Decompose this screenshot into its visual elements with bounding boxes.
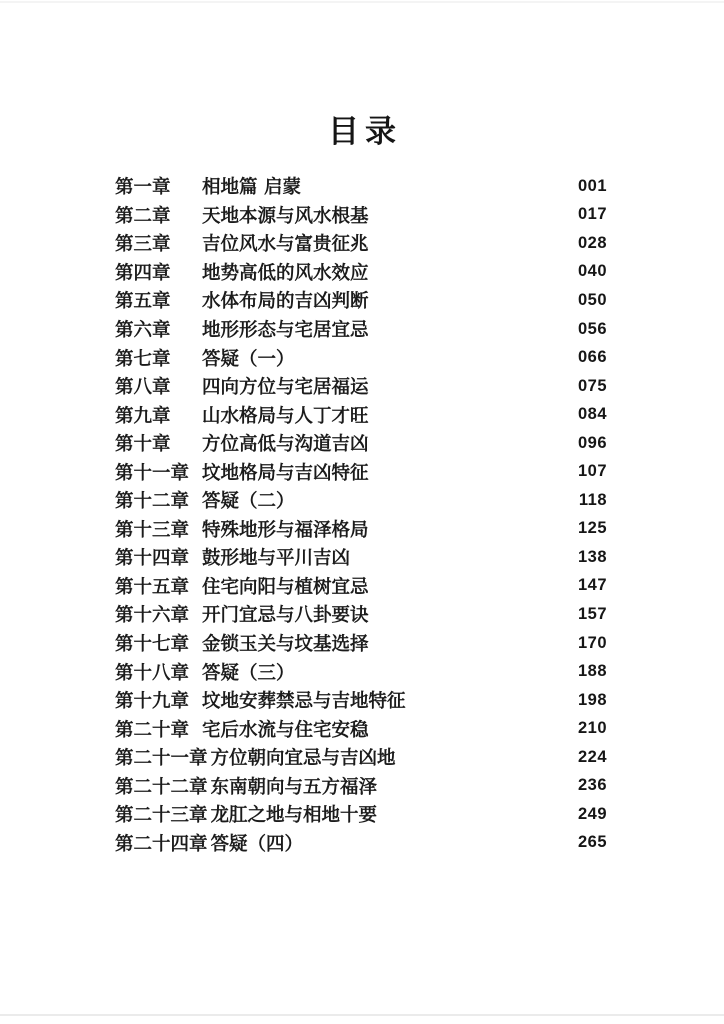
toc-chapter-title: 鼓形地与平川吉凶 [202, 544, 578, 570]
toc-row: 第六章 地形形态与宅居宜忌 056 [115, 315, 607, 344]
toc-page: 目录 第一章 相地篇 启蒙 001 第二章 天地本源与风水根基 017 第三章 … [0, 0, 724, 1024]
toc-chapter-title: 天地本源与风水根基 [202, 202, 578, 228]
toc-chapter-label: 第二十二章 [115, 773, 208, 799]
toc-page-number: 138 [578, 548, 607, 567]
toc-page-number: 118 [579, 491, 607, 510]
toc-chapter-label: 第二章 [115, 202, 199, 228]
toc-chapter-label: 第二十章 [115, 716, 199, 742]
toc-page-number: 210 [578, 719, 607, 738]
toc-row: 第八章 四向方位与宅居福运 075 [115, 372, 607, 401]
toc-chapter-label: 第八章 [115, 373, 199, 399]
toc-chapter-label: 第六章 [115, 316, 199, 342]
toc-page-number: 050 [578, 291, 607, 310]
toc-page-number: 056 [578, 320, 607, 339]
toc-chapter-title: 地形形态与宅居宜忌 [202, 316, 578, 342]
toc-chapter-label: 第五章 [115, 287, 199, 313]
toc-row: 第十三章 特殊地形与福泽格局 125 [115, 515, 607, 544]
toc-chapter-title: 方位朝向宜忌与吉凶地 [211, 744, 578, 770]
toc-row: 第二十一章 方位朝向宜忌与吉凶地 224 [115, 743, 607, 772]
toc-row: 第十八章 答疑（三） 188 [115, 657, 607, 686]
toc-chapter-title: 坟地安葬禁忌与吉地特征 [202, 687, 578, 713]
toc-chapter-label: 第三章 [115, 230, 199, 256]
bottom-edge-scan-line [0, 1014, 724, 1016]
toc-row: 第七章 答疑（一） 066 [115, 343, 607, 372]
toc-chapter-title: 特殊地形与福泽格局 [202, 516, 578, 542]
toc-chapter-title: 方位高低与沟道吉凶 [202, 430, 578, 456]
toc-chapter-label: 第十五章 [115, 573, 199, 599]
toc-page-number: 107 [578, 462, 607, 481]
toc-page-number: 265 [578, 833, 607, 852]
top-edge-scan-line [0, 1, 724, 3]
toc-chapter-title: 住宅向阳与植树宜忌 [202, 573, 578, 599]
toc-row: 第十章 方位高低与沟道吉凶 096 [115, 429, 607, 458]
toc-page-number: 249 [578, 805, 607, 824]
toc-page-number: 188 [578, 662, 607, 681]
toc-row: 第一章 相地篇 启蒙 001 [115, 172, 607, 201]
toc-row: 第九章 山水格局与人丁才旺 084 [115, 400, 607, 429]
toc-chapter-title: 龙肛之地与相地十要 [211, 801, 578, 827]
toc-row: 第十九章 坟地安葬禁忌与吉地特征 198 [115, 686, 607, 715]
toc-chapter-title: 水体布局的吉凶判断 [202, 287, 578, 313]
toc-page-number: 001 [578, 177, 607, 196]
toc-chapter-label: 第十七章 [115, 630, 199, 656]
toc-chapter-title: 坟地格局与吉凶特征 [202, 459, 578, 485]
toc-chapter-title: 吉位风水与富贵征兆 [202, 230, 578, 256]
toc-row: 第二章 天地本源与风水根基 017 [115, 201, 607, 230]
toc-chapter-label: 第十三章 [115, 516, 199, 542]
toc-row: 第十二章 答疑（二） 118 [115, 486, 607, 515]
toc-chapter-label: 第十一章 [115, 459, 199, 485]
toc-row: 第二十三章 龙肛之地与相地十要 249 [115, 800, 607, 829]
toc-row: 第十七章 金锁玉关与坟基选择 170 [115, 629, 607, 658]
toc-chapter-title: 答疑（一） [202, 345, 578, 371]
toc-row: 第二十二章 东南朝向与五方福泽 236 [115, 771, 607, 800]
toc-row: 第十五章 住宅向阳与植树宜忌 147 [115, 572, 607, 601]
toc-chapter-title: 地势高低的风水效应 [202, 259, 578, 285]
toc-chapter-title: 答疑（四） [211, 830, 578, 856]
toc-row: 第二十章 宅后水流与住宅安稳 210 [115, 714, 607, 743]
toc-page-number: 028 [578, 234, 607, 253]
toc-page-number: 017 [578, 205, 607, 224]
toc-page-number: 096 [578, 434, 607, 453]
toc-page-number: 125 [578, 519, 607, 538]
toc-chapter-label: 第二十一章 [115, 744, 208, 770]
toc-chapter-title: 相地篇 启蒙 [202, 173, 578, 199]
toc-page-number: 157 [578, 605, 607, 624]
toc-chapter-title: 宅后水流与住宅安稳 [202, 716, 578, 742]
page-title: 目录 [0, 106, 724, 151]
toc-chapter-label: 第十四章 [115, 544, 199, 570]
toc-chapter-label: 第二十四章 [115, 830, 208, 856]
toc-row: 第十四章 鼓形地与平川吉凶 138 [115, 543, 607, 572]
toc-chapter-label: 第九章 [115, 402, 199, 428]
toc-page-number: 170 [578, 634, 607, 653]
toc-chapter-title: 四向方位与宅居福运 [202, 373, 578, 399]
toc-page-number: 236 [578, 776, 607, 795]
toc-chapter-title: 金锁玉关与坟基选择 [202, 630, 578, 656]
toc-chapter-title: 答疑（二） [202, 487, 579, 513]
toc-chapter-label: 第十章 [115, 430, 199, 456]
toc-row: 第二十四章 答疑（四） 265 [115, 829, 607, 858]
toc-chapter-title: 答疑（三） [202, 659, 578, 685]
toc-chapter-label: 第二十三章 [115, 801, 208, 827]
toc-chapter-label: 第七章 [115, 345, 199, 371]
toc-page-number: 075 [578, 377, 607, 396]
toc-page-number: 198 [578, 691, 607, 710]
toc-page-number: 147 [578, 576, 607, 595]
toc-page-number: 040 [578, 262, 607, 281]
toc-chapter-title: 开门宜忌与八卦要诀 [202, 601, 578, 627]
toc-list: 第一章 相地篇 启蒙 001 第二章 天地本源与风水根基 017 第三章 吉位风… [115, 172, 607, 857]
toc-chapter-label: 第十二章 [115, 487, 199, 513]
toc-chapter-label: 第十九章 [115, 687, 199, 713]
toc-chapter-title: 东南朝向与五方福泽 [211, 773, 578, 799]
toc-row: 第十六章 开门宜忌与八卦要诀 157 [115, 600, 607, 629]
toc-chapter-label: 第十六章 [115, 601, 199, 627]
toc-page-number: 224 [578, 748, 607, 767]
toc-page-number: 066 [578, 348, 607, 367]
toc-chapter-label: 第四章 [115, 259, 199, 285]
toc-row: 第十一章 坟地格局与吉凶特征 107 [115, 457, 607, 486]
toc-chapter-label: 第十八章 [115, 659, 199, 685]
toc-row: 第三章 吉位风水与富贵征兆 028 [115, 229, 607, 258]
toc-chapter-label: 第一章 [115, 173, 199, 199]
toc-row: 第五章 水体布局的吉凶判断 050 [115, 286, 607, 315]
toc-chapter-title: 山水格局与人丁才旺 [202, 402, 578, 428]
toc-row: 第四章 地势高低的风水效应 040 [115, 258, 607, 287]
toc-page-number: 084 [578, 405, 607, 424]
